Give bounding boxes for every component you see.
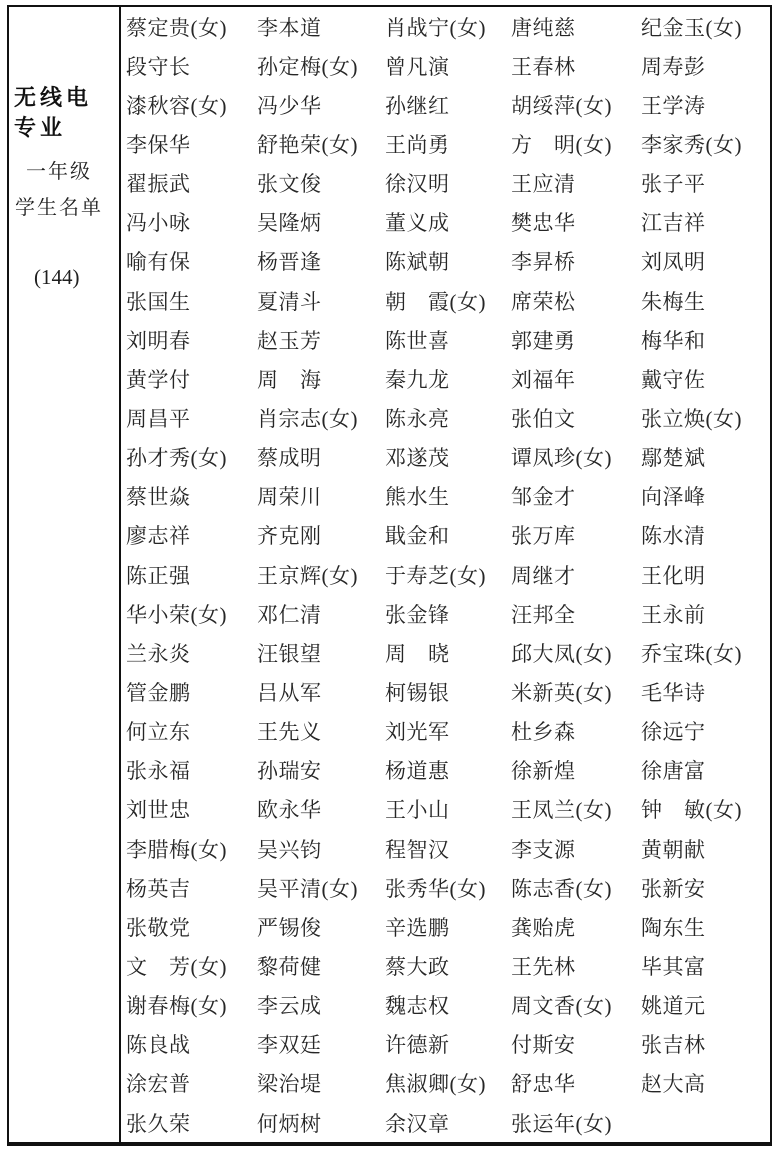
student-name: 杨道惠: [385, 755, 511, 785]
student-name: 席荣松: [511, 286, 641, 316]
student-name: 涂宏普: [126, 1068, 257, 1098]
student-name: 何炳树: [257, 1108, 385, 1138]
student-name: 孙继红: [385, 90, 511, 120]
student-name: 陶东生: [641, 912, 770, 942]
roster-row: 刘明春赵玉芳陈世喜郭建勇梅华和: [126, 320, 770, 359]
student-name: 向泽峰: [641, 481, 770, 511]
student-name: 余汉章: [385, 1108, 511, 1138]
roster-row: 文 芳(女)黎荷健蔡大政王先林毕其富: [126, 946, 770, 985]
student-name: 欧永华: [257, 794, 385, 824]
roster-row: 华小荣(女)邓仁清张金锋汪邦全王永前: [126, 594, 770, 633]
roster-row: 张敬党严锡俊辛选鹏龚贻虎陶东生: [126, 907, 770, 946]
student-name: 王尚勇: [385, 129, 511, 159]
student-name: 纪金玉(女): [641, 12, 770, 42]
roster-row: 李腊梅(女)吴兴钧程智汉李支源黄朝献: [126, 829, 770, 868]
student-name: 陈正强: [126, 560, 257, 590]
roster-row: 李保华舒艳荣(女)王尚勇方 明(女)李家秀(女): [126, 124, 770, 163]
student-name: 文 芳(女): [126, 951, 257, 981]
student-name: 乔宝珠(女): [641, 638, 770, 668]
student-name: 汪银望: [257, 638, 385, 668]
student-name: 赵玉芳: [257, 325, 385, 355]
student-name: 刘世忠: [126, 794, 257, 824]
student-name: 戴守佐: [641, 364, 770, 394]
scanned-roster-page: 无线电专业 一年级 学生名单 (144) 蔡定贵(女)李本道肖战宁(女)唐纯慈纪…: [0, 0, 778, 1151]
student-name: 徐远宁: [641, 716, 770, 746]
student-name: 邓仁清: [257, 599, 385, 629]
student-name: 蔡成明: [257, 442, 385, 472]
student-name: 杨英吉: [126, 873, 257, 903]
roster-row: 谢春梅(女)李云成魏志权周文香(女)姚道元: [126, 986, 770, 1025]
student-name: 柯锡银: [385, 677, 511, 707]
student-name: 张金锋: [385, 599, 511, 629]
student-name: 张久荣: [126, 1108, 257, 1138]
roster-row: 张永福孙瑞安杨道惠徐新煌徐唐富: [126, 751, 770, 790]
roster-row: 蔡世焱周荣川熊水生邹金才向泽峰: [126, 477, 770, 516]
student-name: 鄢楚斌: [641, 442, 770, 472]
student-name: 吴平清(女): [257, 873, 385, 903]
student-name: 米新英(女): [511, 677, 641, 707]
student-name: 于寿芝(女): [385, 560, 511, 590]
student-name: 管金鹏: [126, 677, 257, 707]
student-name: 刘光军: [385, 716, 511, 746]
student-name: 谢春梅(女): [126, 990, 257, 1020]
student-name: 舒艳荣(女): [257, 129, 385, 159]
student-name: 华小荣(女): [126, 599, 257, 629]
roster-row: 刘世忠欧永华王小山王凤兰(女)钟 敏(女): [126, 790, 770, 829]
student-name: 翟振武: [126, 168, 257, 198]
student-name: 徐新煌: [511, 755, 641, 785]
student-name: 汪邦全: [511, 599, 641, 629]
student-name: 王先义: [257, 716, 385, 746]
student-name: 邹金才: [511, 481, 641, 511]
student-name: 李双廷: [257, 1029, 385, 1059]
student-name: 钟 敏(女): [641, 794, 770, 824]
student-name: 王应清: [511, 168, 641, 198]
student-name: 张敬党: [126, 912, 257, 942]
student-name: 谭凤珍(女): [511, 442, 641, 472]
student-name: 蔡世焱: [126, 481, 257, 511]
names-grid: 蔡定贵(女)李本道肖战宁(女)唐纯慈纪金玉(女)段守长孙定梅(女)曾凡演王春林周…: [121, 7, 770, 1142]
roster-row: 周昌平肖宗志(女)陈永亮张伯文张立焕(女): [126, 398, 770, 437]
student-name: 吴隆炳: [257, 207, 385, 237]
student-name: 梅华和: [641, 325, 770, 355]
student-name: 李家秀(女): [641, 129, 770, 159]
student-name: 朝 霞(女): [385, 286, 511, 316]
student-name: 齐克刚: [257, 520, 385, 550]
student-name: 唐纯慈: [511, 12, 641, 42]
student-name: 喻有保: [126, 246, 257, 276]
student-name: 李云成: [257, 990, 385, 1020]
student-name: 曾凡演: [385, 51, 511, 81]
student-name: 周文香(女): [511, 990, 641, 1020]
student-name: 杨晋逢: [257, 246, 385, 276]
student-name: 何立东: [126, 716, 257, 746]
student-name: 周 晓: [385, 638, 511, 668]
student-name: 刘明春: [126, 325, 257, 355]
student-name: 徐唐富: [641, 755, 770, 785]
student-name: 张子平: [641, 168, 770, 198]
student-name: 张万库: [511, 520, 641, 550]
student-name: 严锡俊: [257, 912, 385, 942]
student-name: 夏清斗: [257, 286, 385, 316]
student-name: 熊水生: [385, 481, 511, 511]
student-name: 周继才: [511, 560, 641, 590]
student-count: (144): [14, 265, 115, 290]
student-name: 张伯文: [511, 403, 641, 433]
student-name: 陈世喜: [385, 325, 511, 355]
roster-row: 喻有保杨晋逢陈斌朝李昇桥刘凤明: [126, 242, 770, 281]
student-name: 孙才秀(女): [126, 442, 257, 472]
student-name: 李保华: [126, 129, 257, 159]
student-name: 徐汉明: [385, 168, 511, 198]
roster-row: 陈良战李双廷许德新付斯安张吉林: [126, 1025, 770, 1064]
roster-row: 蔡定贵(女)李本道肖战宁(女)唐纯慈纪金玉(女): [126, 7, 770, 46]
student-name: 梁治堤: [257, 1068, 385, 1098]
student-name: 朱梅生: [641, 286, 770, 316]
student-name: 张运年(女): [511, 1108, 641, 1138]
roster-table: 无线电专业 一年级 学生名单 (144) 蔡定贵(女)李本道肖战宁(女)唐纯慈纪…: [7, 5, 772, 1146]
student-name: 张吉林: [641, 1029, 770, 1059]
student-name: 李本道: [257, 12, 385, 42]
student-name: 邱大凤(女): [511, 638, 641, 668]
student-name: 毕其富: [641, 951, 770, 981]
student-name: 江吉祥: [641, 207, 770, 237]
student-name: 周荣川: [257, 481, 385, 511]
student-name: 陈永亮: [385, 403, 511, 433]
student-name: 赵大高: [641, 1068, 770, 1098]
roster-row: 张久荣何炳树余汉章张运年(女): [126, 1103, 770, 1142]
student-name: 樊忠华: [511, 207, 641, 237]
roster-row: 杨英吉吴平清(女)张秀华(女)陈志香(女)张新安: [126, 868, 770, 907]
student-name: 王凤兰(女): [511, 794, 641, 824]
student-name: 焦淑卿(女): [385, 1068, 511, 1098]
student-name: 蔡定贵(女): [126, 12, 257, 42]
student-name: 陈斌朝: [385, 246, 511, 276]
student-name: 冯少华: [257, 90, 385, 120]
student-name: 舒忠华: [511, 1068, 641, 1098]
student-name: 陈水清: [641, 520, 770, 550]
student-name: 周昌平: [126, 403, 257, 433]
student-name: 陈志香(女): [511, 873, 641, 903]
student-name: 周寿彭: [641, 51, 770, 81]
student-name: 付斯安: [511, 1029, 641, 1059]
student-name: 漆秋容(女): [126, 90, 257, 120]
student-name: 孙瑞安: [257, 755, 385, 785]
student-name: 黄朝献: [641, 834, 770, 864]
student-name: 王春林: [511, 51, 641, 81]
student-name: 陈良战: [126, 1029, 257, 1059]
roster-row: 黄学付周 海秦九龙刘福年戴守佐: [126, 359, 770, 398]
roster-row: 冯小咏吴隆炳董义成樊忠华江吉祥: [126, 203, 770, 242]
student-name: 李昇桥: [511, 246, 641, 276]
roster-row: 廖志祥齐克刚戢金和张万库陈水清: [126, 516, 770, 555]
student-name: 张立焕(女): [641, 403, 770, 433]
roster-row: 何立东王先义刘光军杜乡森徐远宁: [126, 712, 770, 751]
student-name: 邓遂茂: [385, 442, 511, 472]
roster-header-cell: 无线电专业 一年级 学生名单 (144): [9, 7, 121, 1142]
student-name: 王学涛: [641, 90, 770, 120]
student-name: 郭建勇: [511, 325, 641, 355]
student-name: 董义成: [385, 207, 511, 237]
student-name: 姚道元: [641, 990, 770, 1020]
student-name: 胡绥萍(女): [511, 90, 641, 120]
major-title: 无线电专业: [14, 83, 115, 143]
student-name: 兰永炎: [126, 638, 257, 668]
student-name: 王先林: [511, 951, 641, 981]
student-name: 戢金和: [385, 520, 511, 550]
student-name: 秦九龙: [385, 364, 511, 394]
student-name: 王京辉(女): [257, 560, 385, 590]
student-name: 王化明: [641, 560, 770, 590]
student-name: 魏志权: [385, 990, 511, 1020]
student-name: 周 海: [257, 364, 385, 394]
student-name: 杜乡森: [511, 716, 641, 746]
student-name: 吕从军: [257, 677, 385, 707]
student-name: 张秀华(女): [385, 873, 511, 903]
roster-row: 孙才秀(女)蔡成明邓遂茂谭凤珍(女)鄢楚斌: [126, 438, 770, 477]
student-name: 王永前: [641, 599, 770, 629]
student-name: 黎荷健: [257, 951, 385, 981]
student-name: 廖志祥: [126, 520, 257, 550]
student-name: 张国生: [126, 286, 257, 316]
student-name: 刘凤明: [641, 246, 770, 276]
student-name: 段守长: [126, 51, 257, 81]
student-name: 蔡大政: [385, 951, 511, 981]
student-name: 肖战宁(女): [385, 12, 511, 42]
student-name: 李支源: [511, 834, 641, 864]
roster-row: 陈正强王京辉(女)于寿芝(女)周继才王化明: [126, 555, 770, 594]
student-name: 张新安: [641, 873, 770, 903]
student-name: 毛华诗: [641, 677, 770, 707]
student-name: 王小山: [385, 794, 511, 824]
roster-row: 翟振武张文俊徐汉明王应清张子平: [126, 164, 770, 203]
student-name: 冯小咏: [126, 207, 257, 237]
roster-row: 段守长孙定梅(女)曾凡演王春林周寿彭: [126, 46, 770, 85]
student-name: 刘福年: [511, 364, 641, 394]
roster-row: 张国生夏清斗朝 霞(女)席荣松朱梅生: [126, 281, 770, 320]
student-name: 孙定梅(女): [257, 51, 385, 81]
student-name: 李腊梅(女): [126, 834, 257, 864]
roster-row: 漆秋容(女)冯少华孙继红胡绥萍(女)王学涛: [126, 85, 770, 124]
student-name: 方 明(女): [511, 129, 641, 159]
student-name: 肖宗志(女): [257, 403, 385, 433]
student-name: 张永福: [126, 755, 257, 785]
grade-label: 一年级: [14, 159, 115, 185]
student-name: 黄学付: [126, 364, 257, 394]
student-name: 张文俊: [257, 168, 385, 198]
student-name: 吴兴钧: [257, 834, 385, 864]
roster-row: 管金鹏吕从军柯锡银米新英(女)毛华诗: [126, 672, 770, 711]
student-name: 程智汉: [385, 834, 511, 864]
roster-row: 涂宏普梁治堤焦淑卿(女)舒忠华赵大高: [126, 1064, 770, 1103]
student-name: 辛选鹏: [385, 912, 511, 942]
student-name: 许德新: [385, 1029, 511, 1059]
student-name: 龚贻虎: [511, 912, 641, 942]
roster-label: 学生名单: [14, 195, 115, 221]
roster-row: 兰永炎汪银望周 晓邱大凤(女)乔宝珠(女): [126, 633, 770, 672]
